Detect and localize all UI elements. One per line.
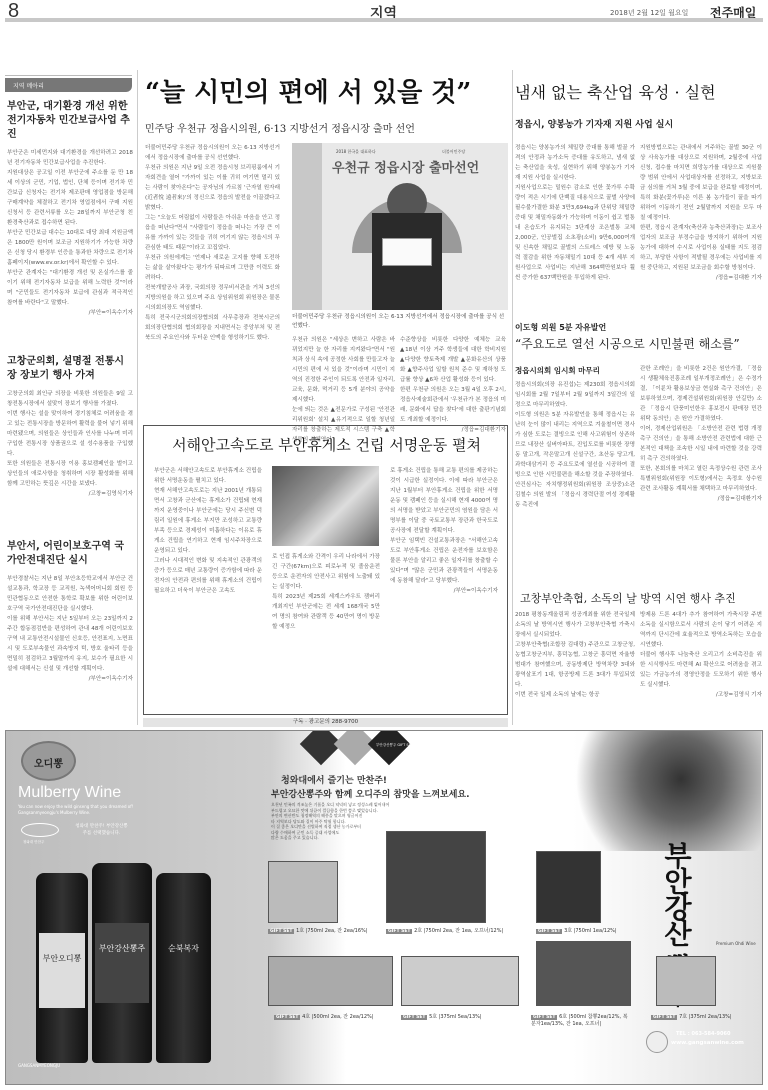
paragraph: 이를 위해 부안서는 지난 5일부터 오는 23일까지 2주간 합동점검반을 편… [7,614,133,674]
bottle-1: 부안오디뽕 [36,873,88,1063]
boxed-photo [272,466,379,546]
paragraph: 관한 조례안」을 비롯한 2건은 원안가결, 「정읍시 생활체육진흥조례 일부개… [640,364,762,424]
ad-center-heading-1: 청와대에서 즐기는 만찬주! [281,773,387,786]
paragraph: 수준향상을 비롯한 다양한 예체능 교육 ▲18년 이상 거주 학생들에 대한 … [400,335,506,385]
paragraph: 로 인접 휴게소와 간격이 우리 나라에서 가장 긴 구간(67km)으로 피로… [272,552,380,592]
gift-tag: GIFT SET [268,929,294,934]
ad-tagline-2: Gangsanmyeongju's Mulberry Wine. [18,810,90,815]
paragraph: 부안군 관계자는 "대기환경 개선 및 온실가스를 줄이기 위해 전기자동차 보… [7,268,133,308]
article-title: 고창군의회, 설명절 전통시장 장보기 행사 가져 [7,355,133,383]
paragraph: 특히 전국시군의회의장협의회 사무총장과 전북시군의회의장단협의회 협의회장을 … [145,313,280,343]
bottle-label: 부안오디뽕 [39,933,85,1008]
right-story1-col1: 정읍시는 양봉농가의 체밀량 증대를 통해 벌꿀 가격의 안정과 농가소득 증대… [515,143,635,283]
gift-tag: GIFT SET [531,1015,557,1020]
left-article-3: 부안서, 어린이보호구역 국가안전대진단 실시 부안경찰서는 지난 8일 부안초… [7,540,133,682]
left-article-1: 부안군, 대기환경 개선 위한 전기자동차 민간보급사업 추진 부안군은 미세먼… [7,100,133,316]
paragraph: 지원대상은 공고일 이전 부안군에 주소를 둔 만 18세 이상의 군민, 기업… [7,168,133,228]
bottle-label: 순북복자 [159,933,208,973]
header-rule [5,18,763,22]
paragraph: 그는 "오늘도 어림없이 사람들은 아쉬운 마음을 안고 정읍을 떠난다"면서 … [145,213,280,253]
ad-line: 많은 도움을 주고 있습니다. [271,835,389,841]
right-story3-col2: 방제용 드론 4대가 추가 참여하여 가축시장 주변 소독을 실시함으로서 사람… [640,610,762,700]
right-subhead-1: 정읍시, 양봉농가 기자재 지원 사업 실시 [515,117,673,130]
right-story2-col2: 관한 조례안」을 비롯한 2건은 원안가결, 「정읍시 생활체육진흥조례 일부개… [640,364,762,504]
gift-no: 1호 [296,928,304,934]
main-body-col1: 더불어민주당 우천규 정읍시의원이 오는 6·13 지방선거에서 정읍시장에 출… [145,143,280,343]
seal-label: 청와대 만찬주 [23,840,44,845]
bottle-2: 부안강산뽕주 [92,863,152,1063]
column-divider [512,70,513,725]
paragraph: 고창부안축협(조합장 김대령) 주관으로 고창군청, 농협고창군지부, 흥덕농협… [515,640,635,690]
photo-caption: 더불어민주당 우천규 정읍시의원이 오는 6·13 지방선거에서 정읍시장에 출… [292,313,508,331]
gift-spec: 375ml 2ea/13% [690,1014,730,1020]
right-brand-sub: Premium Ohdi Wine [716,941,756,946]
article-body: 고창군의회 최인규 의장을 비롯한 의원들은 9일 고창전통시장에서 설맞이 장… [7,389,133,489]
ad-website[interactable]: www.gangsanwine.com [671,1040,744,1046]
gift-no: 6호 [559,1014,567,1020]
blue-house-seal-icon [21,823,59,837]
paragraph: 방제용 드론 4대가 추가 참여하여 가축시장 주변 소독을 실시함으로서 사람… [640,610,762,650]
gift-spec: 375ml 5ea/13% [440,1014,480,1020]
right-story2-col1: 정읍시의회(의장 유진섭)는 제230회 정읍시의회 임시회를 2월 7일부터 … [515,380,635,510]
bottle-label: 부안강산뽕주 [95,923,149,1003]
paragraph: 안건심사는 자치행정위원회(위원장 조상중)소관 김철수 의원 발의 「정읍시 … [515,480,635,510]
gift-set-7-image [656,956,716,1006]
gift-set-2-label: GIFT SET 2호 |750ml 2ea, 잔 1ea, 오프너/12%| [386,927,503,934]
gift-set-4-label: GIFT SET 4호 |500ml 2ea, 잔 2ea/12%| [274,1013,373,1020]
photo-party: 더불어민주당 [442,149,465,155]
brand-logo: 오디뽕 [21,741,76,781]
paragraph: 이어, 경제산업위원은 「소방안전 관련 법령 개정 촉구 건의안」을 통해 소… [640,424,762,464]
paragraph: 로 휴게소 건립을 통해 교통 편의를 제공하는 것이 시급한 실정이다. 이에… [390,466,498,536]
column-divider [137,70,138,725]
gift-set-1-image [268,861,338,923]
gift-set-3-image [536,851,601,923]
boxed-headline: 서해안고속도로 부안휴게소 건립 서명운동 펼쳐 [144,434,509,455]
paragraph: 지원방법으로는 관내에서 거주하는 꿀벌 30군 이상 사육농가를 대상으로 지… [640,143,762,223]
gift-no: 4호 [302,1014,310,1020]
photo-banner: 우천규 정읍시장 출마선언 [332,157,479,176]
article-title: 부안서, 어린이보호구역 국가안전대진단 실시 [7,540,133,568]
boxed-story: 서해안고속도로 부안휴게소 건립 서명운동 펼쳐 부안군은 서해안고속도로 부안… [143,425,508,715]
byline: /고창=김영식기자 [7,489,133,497]
main-photo: 2018 한국을 대표하다 더불어민주당 우천규 정읍시장 출마선언 [292,143,508,310]
paragraph: 한편 우천규 의원은 오는 3월 4일 오후 2시, 정읍사예술회관에서 '우천… [400,385,506,425]
paragraph: 더불어 행사후 나눔축산 오리고기 소비촉진을 위한 시식행사도 마련해 AI … [640,650,762,690]
gift-spec: 750ml 1ea/12% [575,928,615,934]
byline: /부안=이옥수기자 [390,586,498,596]
ad-center-body: 오천년 민족의 격조높은 기품을 오디 넉넉히 넣고 정성스레 빚어내어 부드럽… [271,802,389,841]
gift-set-6-image [536,941,631,1006]
gift-spec: 750ml 2ea, 잔 2ea/16% [307,928,365,934]
gift-no: 7호 [679,1014,687,1020]
gift-set-5-label: GIFT SET 5호 |375ml 5ea/13%| [401,1013,482,1020]
gift-no: 2호 [414,928,422,934]
byline: /부안=이옥수기자 [7,308,133,316]
byline: /정읍=김대환 기자 [640,273,762,283]
article-body: 부안경찰서는 지난 8일 부안초등학교에서 부안군 건설교통과, 학교장 등 교… [7,574,133,674]
left-column-top [5,26,132,76]
paragraph: 현재 서해안고속도로는 지난 2001년 개통되면서 고창과 군산에는 휴게소가… [154,486,262,556]
right-subhead-2: 정읍시의회 임시회 마무리 [515,365,600,376]
ad-title: Mulberry Wine [18,784,121,802]
gift-set-5-image [401,956,519,1006]
paragraph: 우천규 의원은 "세상은 변하고 사람은 바뀌었지만 늘 한 자리를 지켜왔다"… [292,335,395,405]
ad-line: 오천년 민족의 격조높은 기품을 오디 넉넉히 넣고 정성스레 빚어내어 [271,802,389,808]
main-body-col3: 수준향상을 비롯한 다양한 예체능 교육 ▲18년 이상 거주 학생들에 대한 … [400,335,506,435]
paragraph: 전북개발공사 과장, 국회의장 정무비서관을 거쳐 3선의 지방의원을 하고 있… [145,283,280,313]
paragraph: 부안경찰서는 지난 8일 부안초등학교에서 부안군 건설교통과, 학교장 등 교… [7,574,133,614]
left-article-2: 고창군의회, 설명절 전통시장 장보기 행사 가져 고창군의회 최인규 의장을 … [7,355,133,497]
gift-tag: GIFT SET [274,1015,300,1020]
paragraph: 부안군은 서해안고속도로 부안휴게소 건립을 위한 서명운동을 펼치고 있다. [154,466,262,486]
gift-no: 3호 [564,928,572,934]
boxed-body-col3: 로 휴게소 건립을 통해 교통 편의를 제공하는 것이 시급한 실정이다. 이에… [390,466,498,596]
boxed-body-col1: 부안군은 서해안고속도로 부안휴게소 건립을 위한 서명운동을 펼치고 있다. … [154,466,262,596]
paragraph: 지원사업으로는 밀원수 감소로 인한 꽃가루 수확량이 적은 시기에 단백질 대… [515,183,635,283]
paragraph: 우천규 의원에게는 '언제나 새로운 고지를 향해 도전하는 삶을 살아왔다'는… [145,253,280,283]
main-headline: “늘 시민의 편에 서 있을 것” [145,76,510,110]
right-headline-2: “주요도로 열선 시공으로 시민불편 해소를” [515,335,765,352]
gift-set-6-label: GIFT SET 6호 |500ml 참뽕2ea/12%, 복분자1ea/13%… [531,1013,631,1027]
paragraph: 우천규 의원은 지난 9일 오전 정읍시청 브리핑룸에서 기자회견을 열어 "가… [145,163,280,213]
paragraph: 2018 평창동계올림픽 성공개최를 위한 전국일제 소독의 날 방역시연 행사… [515,610,635,640]
gift-tag: GIFT SET [651,1015,677,1020]
gift-spec: 750ml 2ea, 잔 1ea, 오프너/12% [425,928,501,934]
mulberry-image [561,731,761,851]
diamond-label: 부안강산뽕주 GIFT SET [376,743,413,748]
paragraph: 정읍시의회(의장 유진섭)는 제230회 정읍시의회 임시회를 2월 7일부터 … [515,380,635,410]
seal-text: 청와대 만찬주! 부안강산뽕주를 선택했습니다. [74,823,129,837]
right-headline-1: 냄새 없는 축산업 육성 · 실현 [515,80,765,103]
brand-mark: GANGSANMYEONGJU [18,1063,60,1068]
wine-advertisement[interactable]: 오디뽕 Mulberry Wine You can now enjoy the … [5,730,763,1085]
gift-tag: GIFT SET [386,929,412,934]
issue-date: 2018년 2월 12일 월요일 [610,8,688,18]
right-story1-col2: 지원방법으로는 관내에서 거주하는 꿀벌 30군 이상 사육농가를 대상으로 지… [640,143,762,283]
gift-no: 5호 [429,1014,437,1020]
gift-set-7-label: GIFT SET 7호 |375ml 2ea/13%| [651,1013,732,1020]
gift-spec: 500ml 2ea, 잔 2ea/12% [313,1014,371,1020]
byline: /정읍=김대환기자 [640,494,762,504]
brand-emblem-icon [646,1031,668,1053]
subscription-bar: 구독 · 광고문의 288-9700 [143,718,508,727]
photo-slogan: 2018 한국을 대표하다 [336,149,376,155]
paragraph: 부안군 민간보급 대수는 10대로 대당 최대 지원금액은 1800만 원이며 … [7,228,133,268]
paragraph: 부안군은 미세먼지와 대기환경을 개선하려고 2018년 전기자동차 민간보급사… [7,148,133,168]
paragraph: 한편, 정읍시 관계자(축산과 농축산과장)는 보조사업자의 보조금 부정수급을… [640,223,762,273]
ad-tagline-1: You can now enjoy the wild ginseng that … [18,804,133,809]
ad-center-heading-2: 부안강산뽕주와 함께 오디주의 참맛을 느껴보세요. [271,787,470,800]
paragraph: 고창군의회 최인규 의장을 비롯한 의원들은 9일 고창전통시장에서 설맞이 장… [7,389,133,409]
gift-set-1-label: GIFT SET 1호 |750ml 2ea, 잔 2ea/16%| [268,927,367,934]
gift-tag: GIFT SET [536,929,562,934]
gift-set-3-label: GIFT SET 3호 |750ml 1ea/12%| [536,927,617,934]
article-title: 부안군, 대기환경 개선 위한 전기자동차 민간보급사업 추진 [7,100,133,142]
paragraph: 이도형 의원은 5분 자유발언을 통해 정읍시는 유난히 눈이 많이 내리는 지… [515,410,635,480]
gift-set-4-image [268,956,393,1006]
paragraph: 또한, 본회의를 마치고 열린 옥정상수원 관련 조사특별위원회(위원장 이도형… [640,464,762,494]
boxed-body-col2: 로 인접 휴게소와 간격이 우리 나라에서 가장 긴 구간(67km)으로 피로… [272,552,380,632]
section-tag: 지역 메아리 [5,78,132,92]
paragraph: 부안군 임택빈 건설교통과장은 "서해안고속도로 부안휴게소 건립은 운전자를 … [390,536,498,586]
paragraph: 또한 의원들은 전통시장 이용 홍보캠페인을 벌이고 상인들의 애로사항을 청취… [7,459,133,489]
paragraph: 더불어민주당 우천규 정읍시의원이 오는 6·13 지방선거에서 정읍시장에 출… [145,143,280,163]
gift-set-2-image [386,831,486,923]
byline: /부안=이옥수기자 [7,674,133,682]
paragraph: 이번 행사는 설을 맞이하여 경기침체로 어려움을 겪고 있는 전통시장을 방문… [7,409,133,459]
brand-logo-text: 오디뽕 [23,755,74,770]
paragraph: 특히 2023년 제25회 세계스카우트 잼버리 개최지인 부안군에는 전 세계… [272,592,380,632]
paragraph: 정읍시는 양봉농가의 체밀량 증대를 통해 벌꿀 가격의 안정과 농가소득 증대… [515,143,635,183]
right-story3-col1: 2018 평창동계올림픽 성공개최를 위한 전국일제 소독의 날 방역시연 행사… [515,610,635,700]
ad-tel: TEL : 063-584-9060 [676,1031,730,1037]
right-kicker-2: 이도형 의원 5분 자유발언 [515,322,606,333]
gift-tag: GIFT SET [401,1015,427,1020]
right-headline-3: 고창부안축협, 소독의 날 방역 시연 행사 추진 [520,590,765,606]
article-body: 부안군은 미세먼지와 대기환경을 개선하려고 2018년 전기자동차 민간보급사… [7,148,133,308]
main-subhead: 민주당 우천규 정읍시의원, 6·13 지방선거 정읍시장 출마 선언 [145,120,505,135]
paragraph: 이번 전국 일제 소독의 날에는 항공 [515,690,635,700]
bottle-3: 순북복자 [156,873,211,1063]
paragraph: 그러나 시대적인 변화 및 지속적인 관광객의 증가 등으로 매년 교통량이 증… [154,556,262,596]
section-tag-label: 지역 메아리 [13,83,44,90]
byline: /고창=김영식 기자 [640,690,762,700]
